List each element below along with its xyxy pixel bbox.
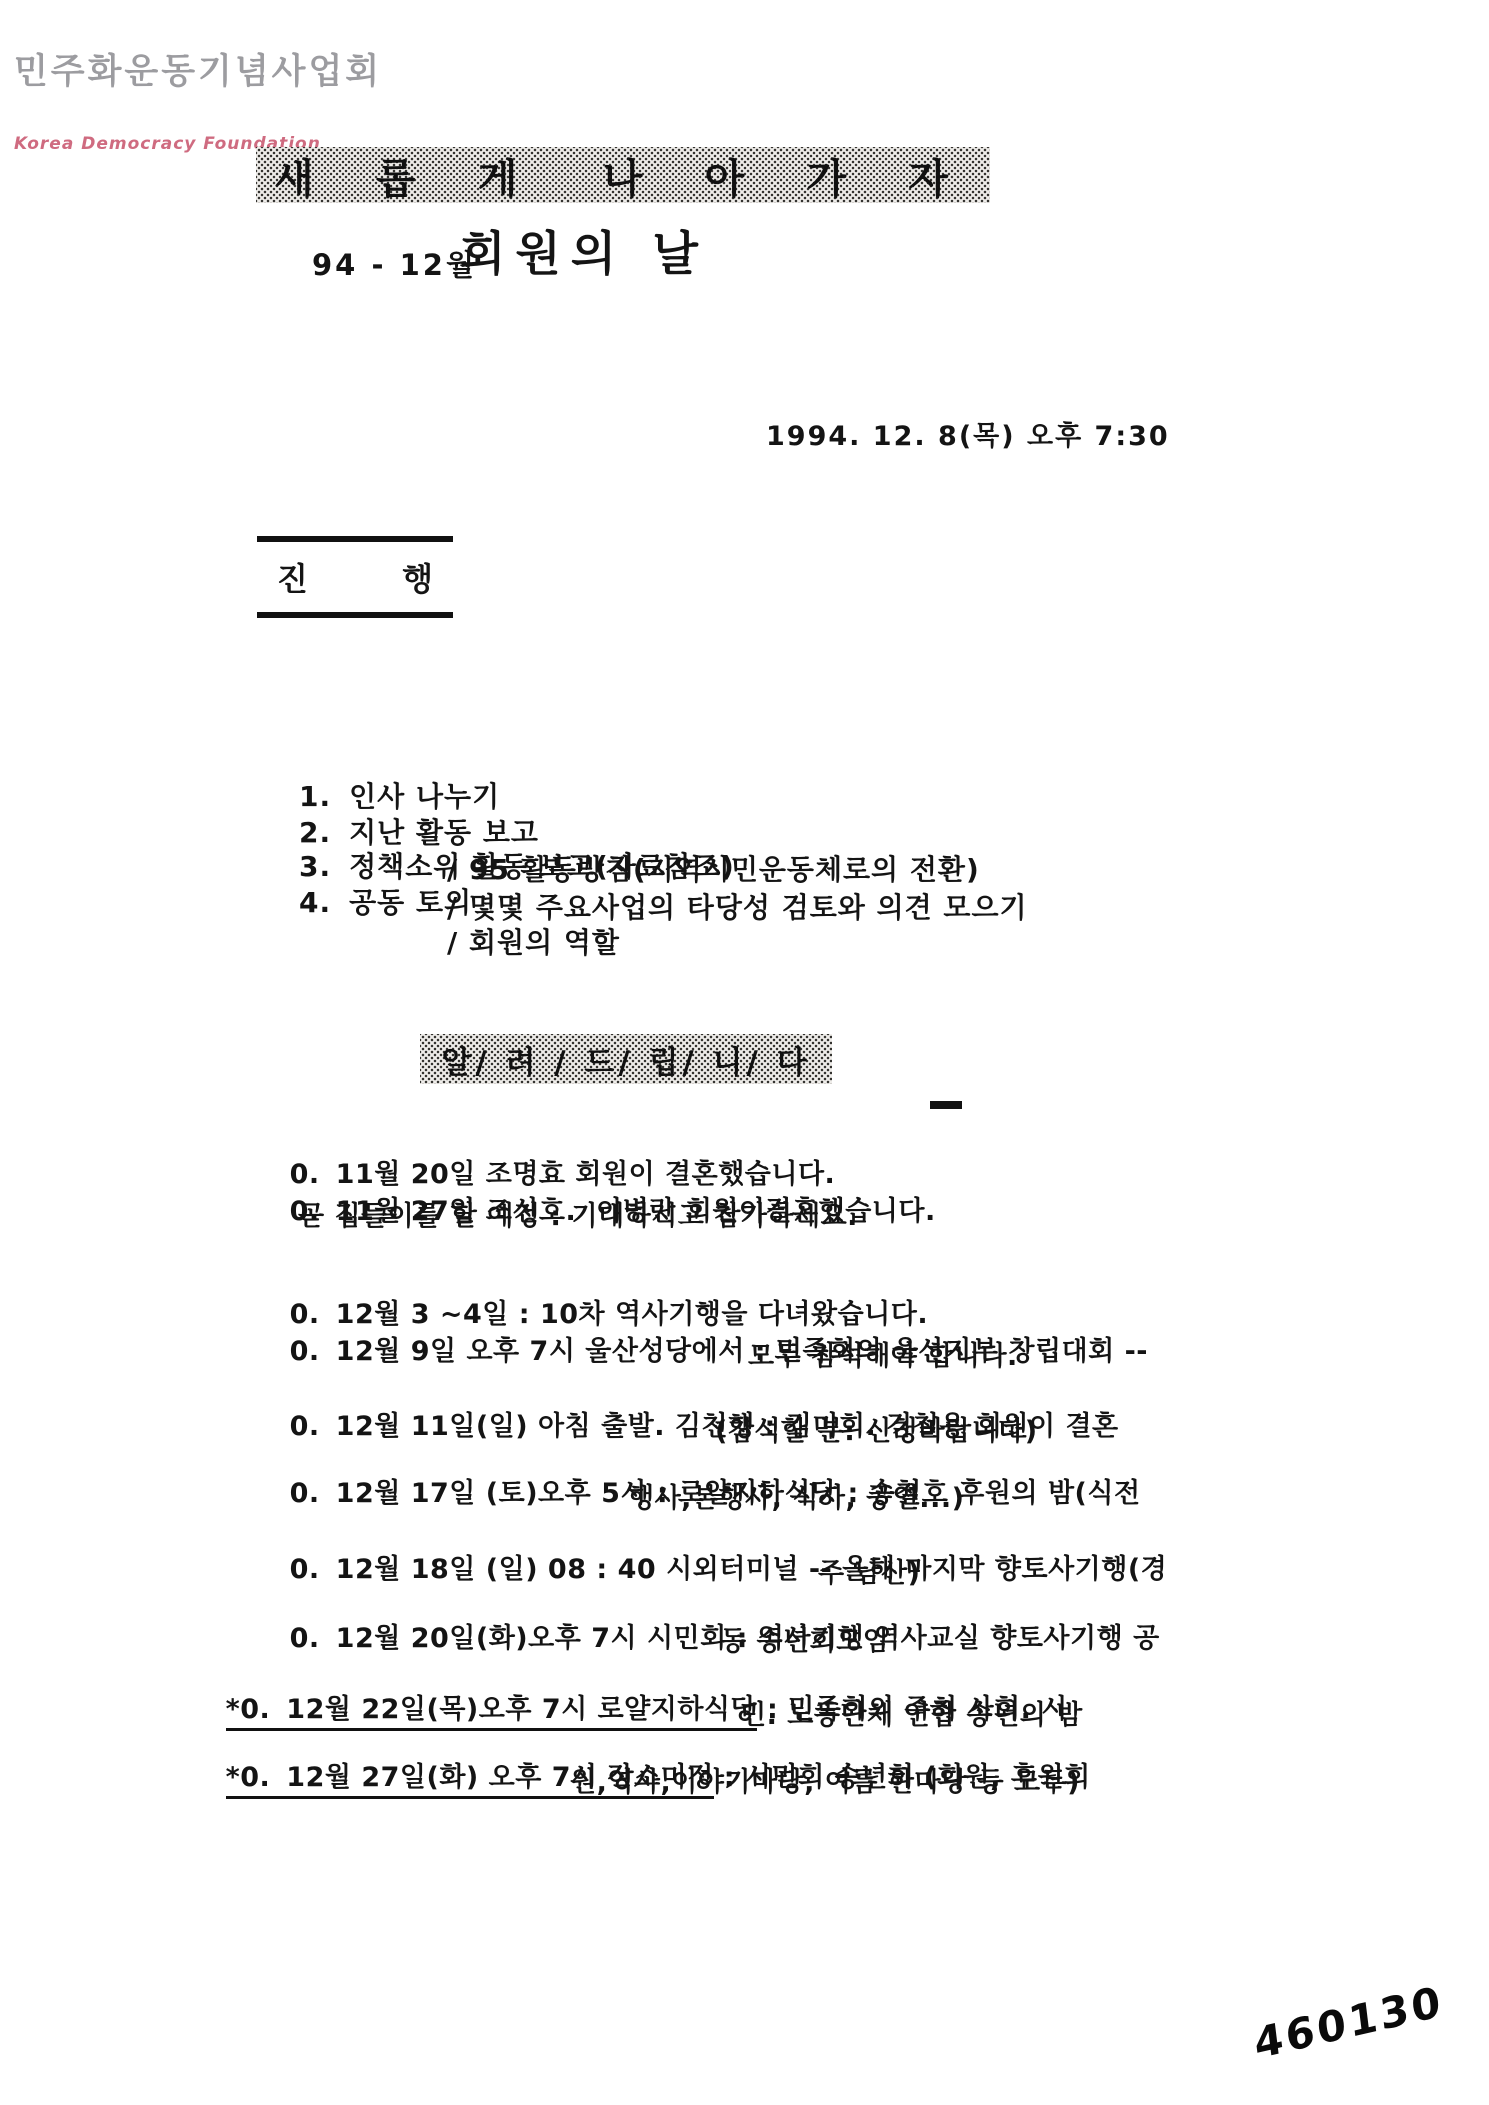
scan-artifact-dash (930, 1101, 962, 1109)
announcement-text: 12월 18일 (일) 08 : 40 시외터미널 -- 올해 마지막 향토사기… (336, 1554, 1168, 1585)
announcement-8-continuation: 동 송년회모임 (720, 1619, 889, 1658)
handwritten-number: 460130 (1251, 1976, 1445, 2068)
scanned-document-page: 민주화운동기념사업회 Korea Democracy Foundation 새 … (0, 0, 1489, 2105)
agenda-item-number: 4. (299, 886, 331, 919)
announcement-marker: 0. (290, 1623, 320, 1654)
announcement-2-continuation: 곧 집들이를 할 예정 : 기대하시고 참가하세요. (298, 1194, 858, 1233)
announcement-marker: 0. (290, 1336, 320, 1367)
program-header-right: 행 (402, 554, 433, 600)
program-section-header: 진 행 (257, 536, 453, 618)
agenda-item-4-sub-2: / 몇몇 주요사업의 타당성 검토와 의견 모으기 (447, 886, 1028, 926)
announcement-text: 12월 9일 오후 7시 울산성당에서 : 민족회의 울산지부 창립대회 -- (336, 1336, 1148, 1367)
event-datetime: 1994. 12. 8(목) 오후 7:30 (766, 414, 1170, 453)
announcement-underlined-text: 12월 22일(목)오후 7시 로얄지하식당 (286, 1694, 757, 1725)
subtitle-main: 회원의 날 (460, 217, 708, 284)
title-banner: 새 롭 게 나 아 가 자 (256, 147, 990, 203)
announcement-6-continuation: 행사,본행사, 식사, 공연...) (628, 1476, 964, 1515)
title-part2: 나 아 가 자 (603, 146, 972, 205)
announcement-10-continuation: 원,역사,이야기마당, 여름 한마당 등 모두) (570, 1760, 1080, 1799)
agenda-item-4-sub-3: / 회원의 역할 (447, 921, 620, 961)
notice-banner-text: 알/ 려 / 드/ 립/ 니/ 다 (441, 1037, 810, 1082)
foundation-logo-korean: 민주화운동기념사업회 (14, 44, 382, 94)
subtitle-prefix: 94 - 12월 (312, 243, 477, 284)
announcement-4-continuation: 모두 참석해야 합니다. (748, 1334, 1018, 1373)
announcement-marker: *0. (226, 1762, 271, 1793)
announcement-marker: 0. (290, 1478, 320, 1509)
notice-banner: 알/ 려 / 드/ 립/ 니/ 다 (420, 1034, 832, 1084)
program-header-left: 진 (277, 554, 308, 600)
agenda-item-4-sub-1: / 95 활동방침(지역시민운동체로의 전환) (447, 848, 980, 888)
announcement-marker: 0. (290, 1554, 320, 1585)
announcement-marker: 0. (290, 1411, 320, 1442)
announcement-marker: *0. (226, 1694, 271, 1725)
agenda-item-4: 4.공동 토의 (256, 848, 472, 954)
title-part1: 새 롭 게 (274, 146, 541, 205)
